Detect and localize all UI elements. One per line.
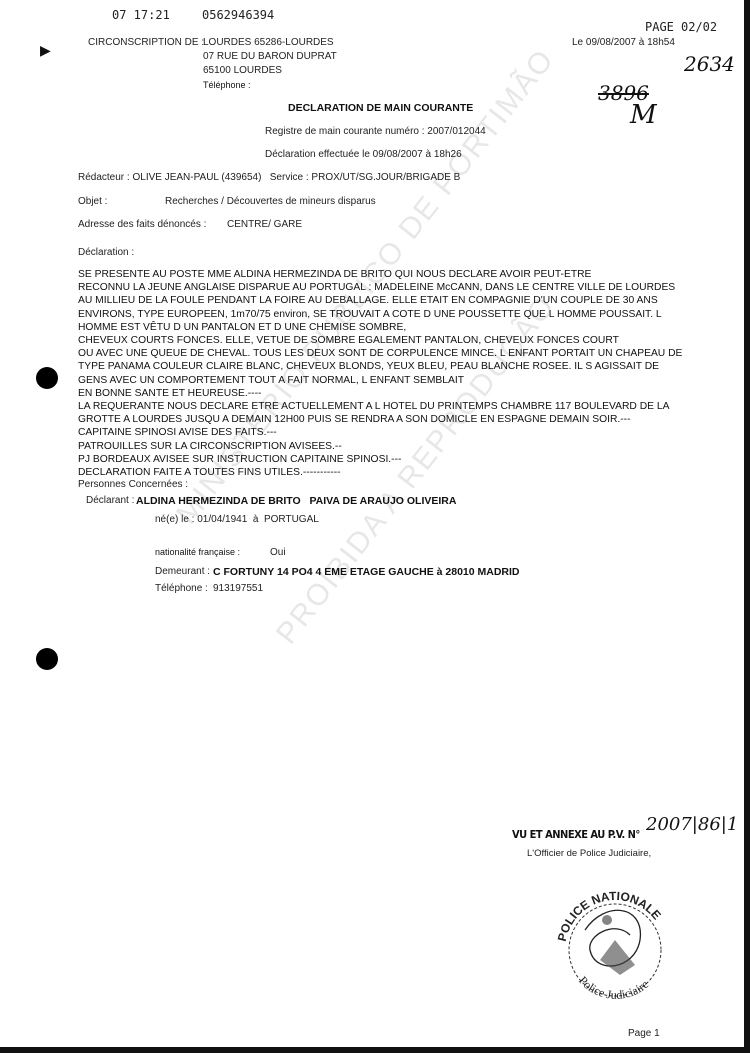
objet-value: Recherches / Découvertes de mineurs disp… [165, 196, 376, 207]
persons-label: Personnes Concernées : [78, 479, 188, 490]
declaration-line: HOMME EST VÊTU D UN PANTALON ET D UNE CH… [78, 321, 682, 334]
issuer-phone-label: Téléphone : [203, 80, 251, 90]
officer-label: L'Officier de Police Judiciaire, [527, 848, 651, 859]
declaration-line: OU AVEC UNE QUEUE DE CHEVAL. TOUS LES DE… [78, 347, 682, 360]
annex-pv-number: 2007|86|1 [646, 814, 738, 835]
scan-mark-arrow: ▶ [40, 42, 51, 59]
declarant-address-value: C FORTUNY 14 PO4 4 EME ETAGE GAUCHE à 28… [213, 566, 520, 578]
declaration-line: TYPE PANAMA COULEUR CLAIRE BLANC, CHEVEU… [78, 360, 682, 373]
annex-text: VU ET ANNEXE AU P.V. N° [512, 828, 640, 841]
footer-page-number: Page 1 [628, 1028, 660, 1039]
declaration-line: GROTTE A LOURDES JUSQU A DEMAIN 12H00 PU… [78, 413, 682, 426]
issuer-line1: LOURDES 65286-LOURDES [203, 37, 334, 48]
issuer-line2: 07 RUE DU BARON DUPRAT [203, 51, 337, 62]
declaration-line: DECLARATION FAITE A TOUTES FINS UTILES.-… [78, 466, 682, 479]
handwritten-initials: M [630, 100, 657, 130]
fax-page-value: 02/02 [681, 20, 717, 34]
declaration-line: AU MILLIEU DE LA FOULE PENDANT LA FOIRE … [78, 294, 682, 307]
handwritten-number: 2634 [684, 52, 735, 76]
adresse-value: CENTRE/ GARE [227, 219, 302, 230]
declaration-line: GENS AVEC UN COMPORTEMENT TOUT A FAIT NO… [78, 374, 682, 387]
declarant-label: Déclarant : [86, 495, 134, 506]
fax-page-label: PAGE [645, 20, 674, 34]
fax-datetime: 07 17:21 [112, 8, 170, 22]
declaration-line: PJ BORDEAUX AVISEE SUR INSTRUCTION CAPIT… [78, 453, 682, 466]
declaration-line: LA REQUERANTE NOUS DECLARE ETRE ACTUELLE… [78, 400, 682, 413]
redacteur-line: Rédacteur : OLIVE JEAN-PAUL (439654) Ser… [78, 172, 460, 183]
adresse-label: Adresse des faits dénoncés : [78, 219, 206, 230]
declarant-phone-value: 913197551 [213, 583, 263, 594]
punch-hole-bottom [36, 648, 58, 670]
date-stamp: Le 09/08/2007 à 18h54 [572, 37, 675, 48]
scan-edge-right [744, 0, 750, 1053]
objet-label: Objet : [78, 196, 107, 207]
declarant-nationality-value: Oui [270, 547, 286, 558]
declaration-line: CHEVEUX COURTS FONCES. ELLE, VETUE DE SO… [78, 334, 682, 347]
declaration-body: SE PRESENTE AU POSTE MME ALDINA HERMEZIN… [78, 268, 682, 479]
scan-edge-bottom [0, 1047, 750, 1053]
svg-text:Police Judiciaire: Police Judiciaire [576, 973, 651, 1002]
punch-hole-top [36, 367, 58, 389]
declaration-line: ENVIRONS, TYPE EUROPEEN, 1m70/75 environ… [78, 308, 682, 321]
issuer-line3: 65100 LOURDES [203, 65, 282, 76]
declaration-line: EN BONNE SANTE ET HEUREUSE.---- [78, 387, 682, 400]
declaration-line: PATROUILLES SUR LA CIRCONSCRIPTION AVISE… [78, 440, 682, 453]
declaration-line: SE PRESENTE AU POSTE MME ALDINA HERMEZIN… [78, 268, 682, 281]
declarant-phone-label: Téléphone : [155, 583, 208, 594]
issuer-label: CIRCONSCRIPTION DE : [88, 37, 204, 48]
declaration-line: CAPITAINE SPINOSI AVISE DES FAITS.--- [78, 426, 682, 439]
registry-number: Registre de main courante numéro : 2007/… [265, 126, 486, 137]
declaration-datetime: Déclaration effectuée le 09/08/2007 à 18… [265, 149, 462, 160]
declaration-label: Déclaration : [78, 247, 134, 258]
declarant-birth: né(e) le : 01/04/1941 à PORTUGAL [155, 514, 319, 525]
declarant-name: ALDINA HERMEZINDA DE BRITO PAIVA DE ARAU… [136, 495, 456, 507]
fax-phone: 0562946394 [202, 8, 274, 22]
declarant-address-label: Demeurant : [155, 566, 210, 577]
police-seal-stamp: POLICE NATIONALE Police Judiciaire [545, 880, 685, 1020]
declarant-nationality-label: nationalité française : [155, 547, 240, 557]
document-title: DECLARATION DE MAIN COURANTE [288, 102, 473, 114]
declaration-line: RECONNU LA JEUNE ANGLAISE DISPARUE AU PO… [78, 281, 682, 294]
